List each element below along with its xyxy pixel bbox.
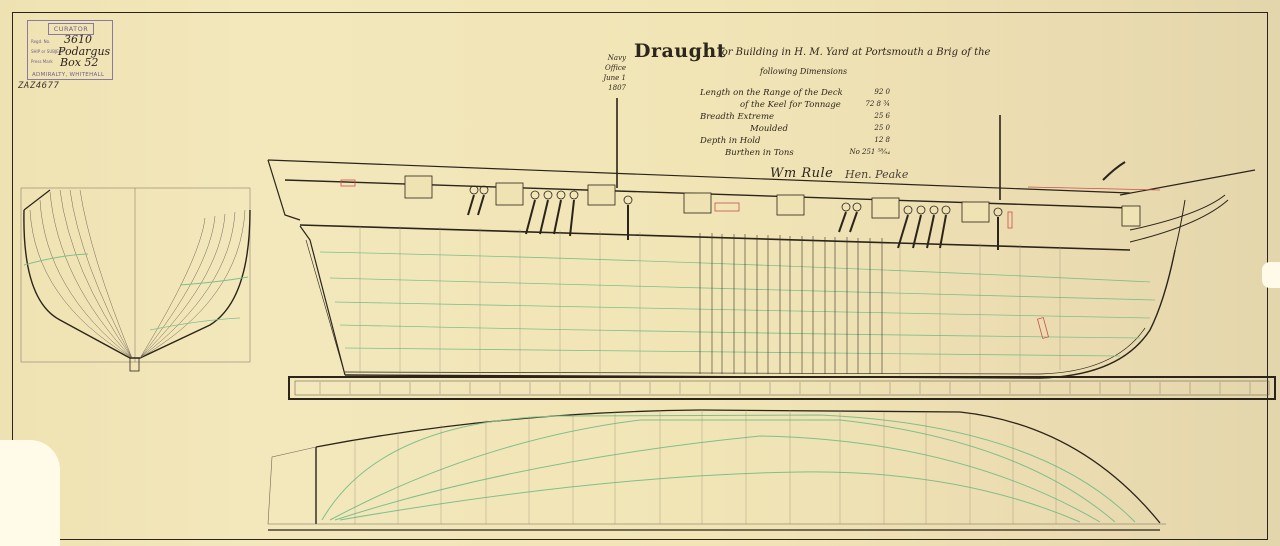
ship-drawings bbox=[0, 0, 1280, 546]
body-plan bbox=[21, 188, 250, 371]
half-breadth-plan bbox=[268, 410, 1166, 530]
sheer-plan bbox=[268, 98, 1255, 378]
keel-scale-strip bbox=[289, 377, 1275, 399]
paper-tear-right bbox=[1262, 262, 1280, 288]
draught-sheet: CURATOR Regd. No. 3610 SHIP or SUBJECT P… bbox=[0, 0, 1280, 546]
paper-tear-bottom-left bbox=[0, 440, 60, 546]
